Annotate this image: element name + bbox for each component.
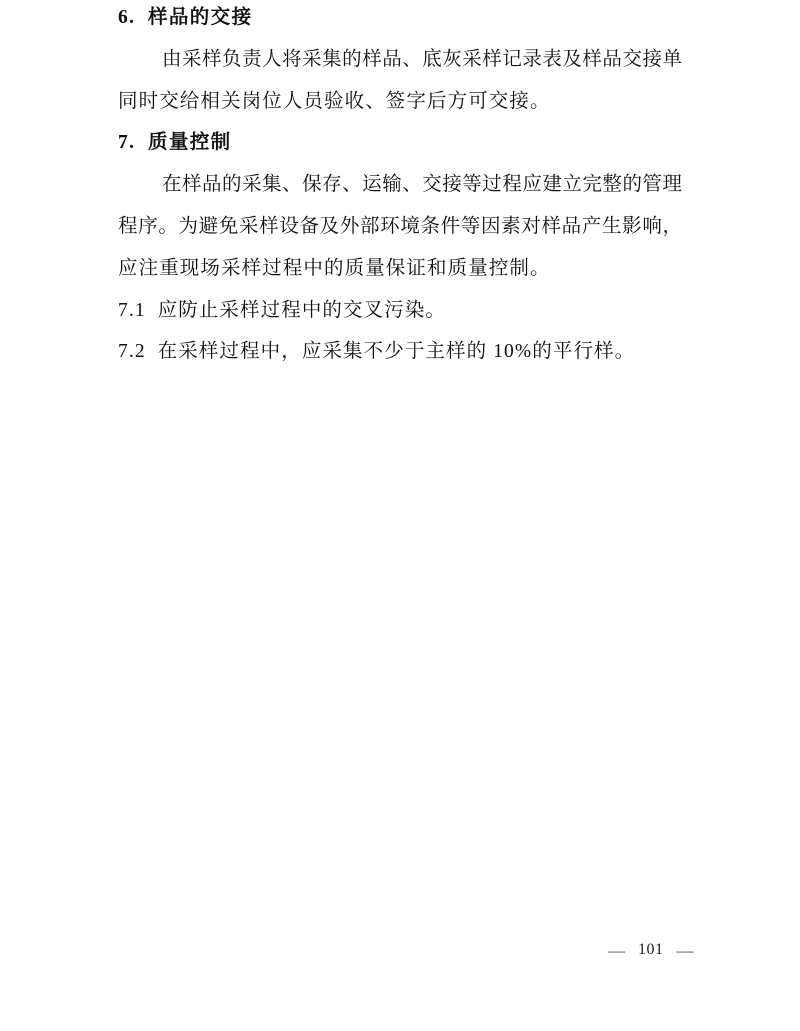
page-number: 101 — [638, 941, 664, 959]
clause-7-2: 7.2 在采样过程中，应采集不少于主样的 10%的平行样。 — [118, 331, 682, 373]
section-7-heading: 7. 质量控制 — [118, 122, 682, 164]
page-footer: — 101 — — [608, 938, 694, 962]
footer-dash-left: — — [608, 942, 625, 959]
section-6-heading: 6. 样品的交接 — [118, 0, 682, 39]
document-body: 6. 样品的交接 由采样负责人将采集的样品、底灰采样记录表及样品交接单 同时交给… — [118, 0, 682, 373]
section-7-paragraph-line-2: 程序。为避免采样设备及外部环境条件等因素对样品产生影响， — [118, 206, 682, 248]
footer-dash-right: — — [677, 942, 694, 959]
section-6-paragraph-line-2: 同时交给相关岗位人员验收、签字后方可交接。 — [118, 81, 682, 123]
section-7-paragraph-line-3: 应注重现场采样过程中的质量保证和质量控制。 — [118, 248, 682, 290]
section-6-paragraph-line-1: 由采样负责人将采集的样品、底灰采样记录表及样品交接单 — [118, 39, 682, 81]
clause-7-1: 7.1 应防止采样过程中的交叉污染。 — [118, 290, 682, 332]
section-7-paragraph-line-1: 在样品的采集、保存、运输、交接等过程应建立完整的管理 — [118, 164, 682, 206]
